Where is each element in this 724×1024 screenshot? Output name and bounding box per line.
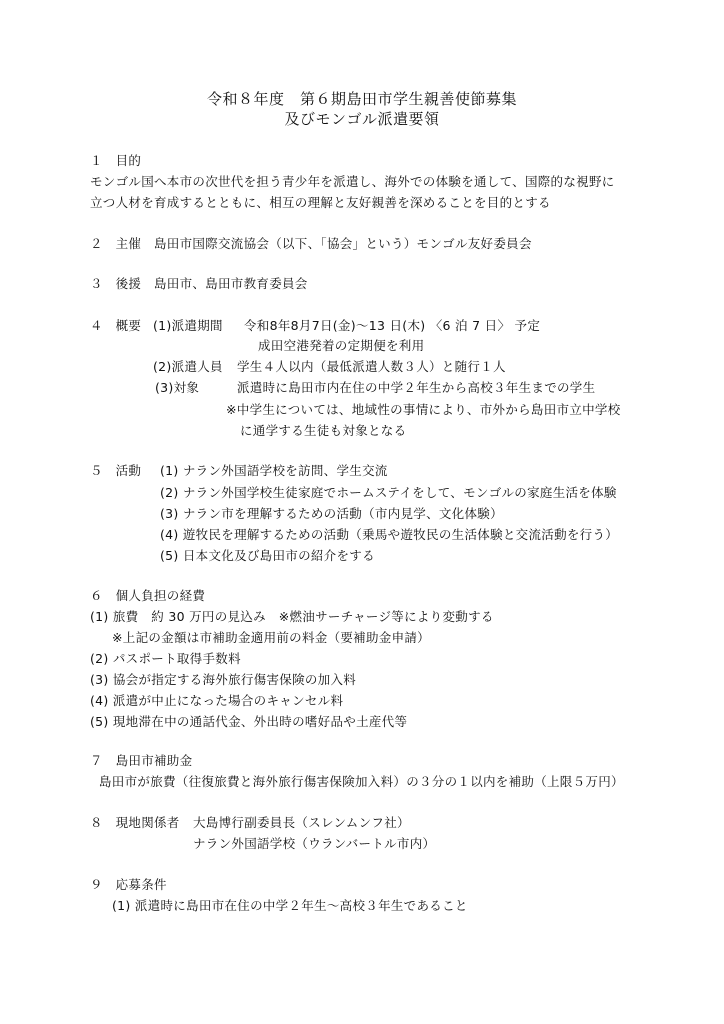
document-title-line2: 及びモンゴル派遣要領 [0,109,724,129]
section-6-item4: (4) 派遣が中止になった場合のキャンセル料 [90,693,343,709]
section-4-note-line1: ※中学生については、地域性の事情により、市外から島田市立中学校 [226,402,621,418]
section-5-item2: (2) ナラン外国学校生徒家庭でホームステイをして、モンゴルの家庭生活を体験 [160,485,617,501]
section-8-line1: 大島博行副委員長（スレンムンフ社） [193,815,410,831]
section-2-heading: ２ 主催 [90,236,141,252]
section-1-heading: １ 目的 [90,153,141,169]
section-5-item5: (5) 日本文化及び島田市の紹介をする [160,548,375,564]
section-4-item1-line1: 令和8年8月7日(金)～13 日(木) 〈6 泊 7 日〉 予定 [244,318,540,334]
section-9-heading: ９ 応募条件 [90,877,167,893]
section-6-item2: (2) パスポート取得手数料 [90,651,241,667]
section-3-heading: ３ 後援 [90,276,141,292]
section-4-item2-line1: 学生４人以内（最低派遣人数３人）と随行１人 [237,359,506,375]
section-5-item4: (4) 遊牧民を理解するための活動（乗馬や遊牧民の生活体験と交流活動を行う） [160,527,618,543]
section-4-item1-label: (1)派遣期間 [153,318,223,334]
section-5-heading: ５ 活動 [90,463,141,479]
section-7-heading: ７ 島田市補助金 [90,753,192,769]
section-1-text-line2: 立つ人材を育成するとともに、相互の理解と友好親善を深めることを目的とする [90,195,551,211]
section-4-heading: ４ 概要 [90,318,141,334]
section-4-note-line2: に通学する生徒も対象となる [240,423,406,439]
section-4-item1-line2: 成田空港発着の定期便を利用 [258,338,424,354]
section-6-item1: (1) 旅費 約 30 万円の見込み ※燃油サーチャージ等により変動する [90,609,494,625]
section-5-item1: (1) ナラン外国語学校を訪問、学生交流 [160,463,388,479]
section-6-heading: ６ 個人負担の経費 [90,588,205,604]
section-6-item1-note: ※上記の金額は市補助金適用前の料金（要補助金申請） [112,630,430,646]
section-8-line2: ナラン外国語学校（ウランバートル市内） [193,836,435,852]
section-7-text: 島田市が旅費（往復旅費と海外旅行傷害保険加入料）の３分の１以内を補助（上限５万円… [99,774,624,790]
section-4-item3-label: (3)対象 [155,380,199,396]
section-4-item3-line1: 派遣時に島田市内在住の中学２年生から高校３年生までの学生 [237,380,595,396]
section-5-item3: (3) ナラン市を理解するための活動（市内見学、文化体験） [160,506,503,522]
section-2-text: 島田市国際交流協会（以下、「協会」という）モンゴル友好委員会 [154,236,532,252]
section-6-item5: (5) 現地滞在中の通話代金、外出時の嗜好品や土産代等 [90,714,407,730]
section-9-item1: (1) 派遣時に島田市在住の中学２年生～高校３年生であること [112,898,468,914]
section-4-item2-label: (2)派遣人員 [153,359,223,375]
section-8-heading: ８ 現地関係者 [90,815,180,831]
section-3-text: 島田市、島田市教育委員会 [154,276,308,292]
section-6-item3: (3) 協会が指定する海外旅行傷害保険の加入料 [90,672,356,688]
document-title-line1: 令和８年度 第６期島田市学生親善使節募集 [0,89,724,109]
section-1-text-line1: モンゴル国へ本市の次世代を担う青少年を派遣し、海外での体験を通して、国際的な視野… [90,174,615,190]
